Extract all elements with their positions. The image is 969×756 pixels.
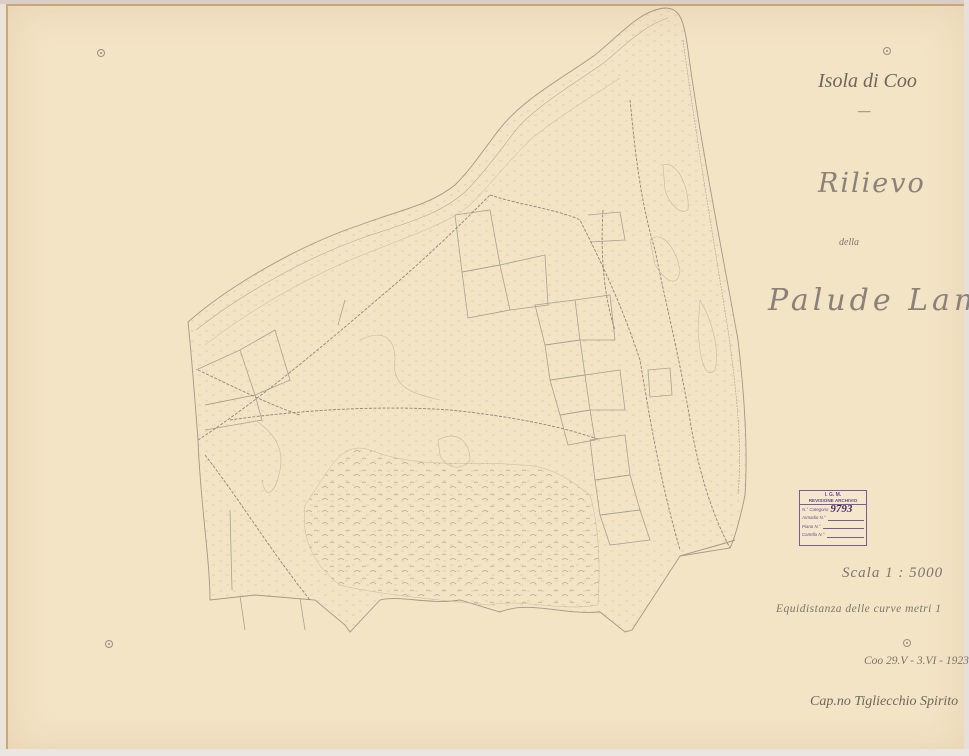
registration-mark-top-left (97, 49, 105, 57)
stamp-row-categoria: N.° Categoria 9793 (800, 505, 866, 514)
stamp-label: Piano N.° (802, 523, 821, 532)
stamp-category-number: 9793 (830, 505, 852, 514)
registration-mark-bottom-left (105, 640, 113, 648)
stamp-row-piano: Piano N.° (800, 523, 866, 532)
map-title-subject: Palude Lambi (768, 283, 969, 318)
island-title: Isola di Coo (818, 70, 917, 93)
registration-mark-bottom-right (903, 639, 911, 647)
map-scale: Scala 1 : 5000 (842, 565, 943, 582)
stamp-row-armadio: Armadio N.° (800, 514, 866, 523)
stamp-label: N.° Categoria (802, 506, 828, 515)
title-separator: — (858, 104, 870, 120)
contour-interval-note: Equidistanza delle curve metri 1 (776, 603, 941, 615)
survey-map-drawing (0, 0, 969, 756)
map-title-main: Rilievo (818, 168, 926, 199)
archive-stamp: I. G. M. REVISIONE ARCHIVIO N.° Categori… (799, 490, 867, 546)
map-title-connector: della (839, 237, 859, 248)
stamp-label: Armadio N.° (802, 514, 826, 523)
registration-mark-top-right (883, 47, 891, 55)
survey-place-date: Coo 29.V - 3.VI - 1923 (864, 655, 969, 667)
surveyor-signature: Cap.no Tigliecchio Spirito (810, 694, 958, 710)
stamp-label: Cartella N.° (802, 531, 825, 540)
stamp-row-cartella: Cartella N.° (800, 531, 866, 540)
